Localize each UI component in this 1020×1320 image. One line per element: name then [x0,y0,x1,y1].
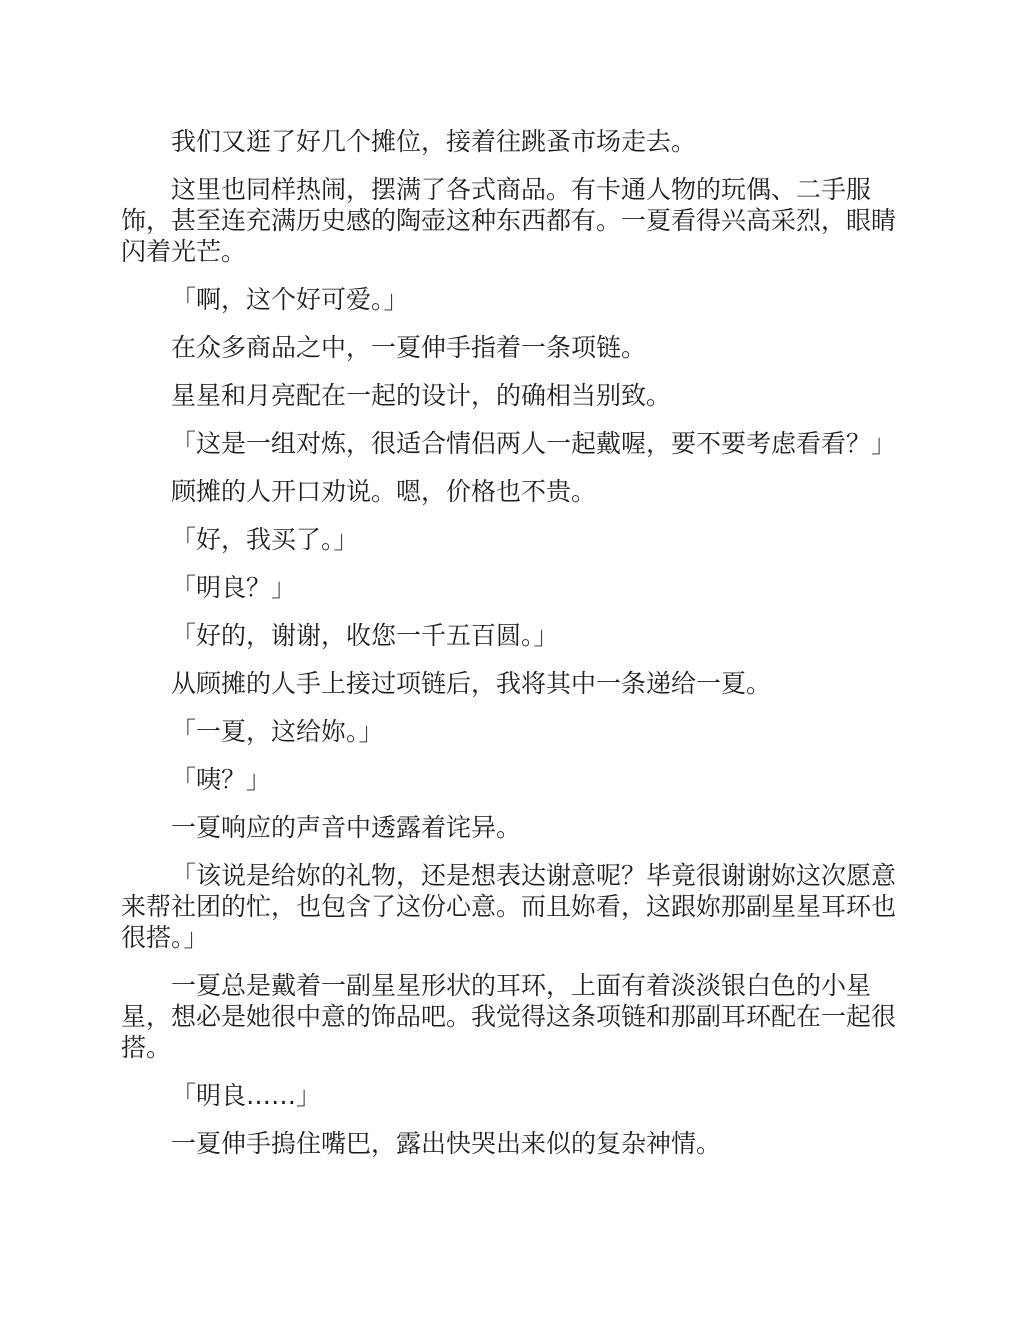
paragraph-dialogue: 「一夏，这给妳。」 [121,716,897,747]
paragraph-dialogue: 「明良？」 [121,572,897,603]
paragraph-dialogue: 「明良……」 [121,1080,897,1111]
paragraph-narration: 顾摊的人开口劝说。嗯，价格也不贵。 [121,476,897,507]
paragraph-narration: 在众多商品之中，一夏伸手指着一条项链。 [121,332,897,363]
paragraph-dialogue: 「好的，谢谢，收您一千五百圆。」 [121,620,897,651]
ebook-page: 我们又逛了好几个摊位，接着往跳蚤市场走去。 这里也同样热闹，摆满了各式商品。有卡… [0,0,1020,1320]
paragraph-narration: 一夏总是戴着一副星星形状的耳环，上面有着淡淡银白色的小星星，想必是她很中意的饰品… [121,970,897,1063]
paragraph-narration: 一夏伸手摀住嘴巴，露出快哭出来似的复杂神情。 [121,1128,897,1159]
paragraph-dialogue: 「好，我买了。」 [121,524,897,555]
paragraph-dialogue: 「啊，这个好可爱。」 [121,284,897,315]
paragraph-dialogue: 「该说是给妳的礼物，还是想表达谢意呢？毕竟很谢谢妳这次愿意来帮社团的忙，也包含了… [121,860,897,953]
paragraph-narration: 从顾摊的人手上接过项链后，我将其中一条递给一夏。 [121,668,897,699]
paragraph-narration: 我们又逛了好几个摊位，接着往跳蚤市场走去。 [121,126,897,157]
paragraph-dialogue: 「这是一组对炼，很适合情侣两人一起戴喔，要不要考虑看看？」 [121,428,897,459]
paragraph-dialogue: 「咦？」 [121,764,897,795]
paragraph-narration: 星星和月亮配在一起的设计，的确相当别致。 [121,380,897,411]
paragraph-narration: 这里也同样热闹，摆满了各式商品。有卡通人物的玩偶、二手服饰，甚至连充满历史感的陶… [121,174,897,267]
paragraph-narration: 一夏响应的声音中透露着诧异。 [121,812,897,843]
